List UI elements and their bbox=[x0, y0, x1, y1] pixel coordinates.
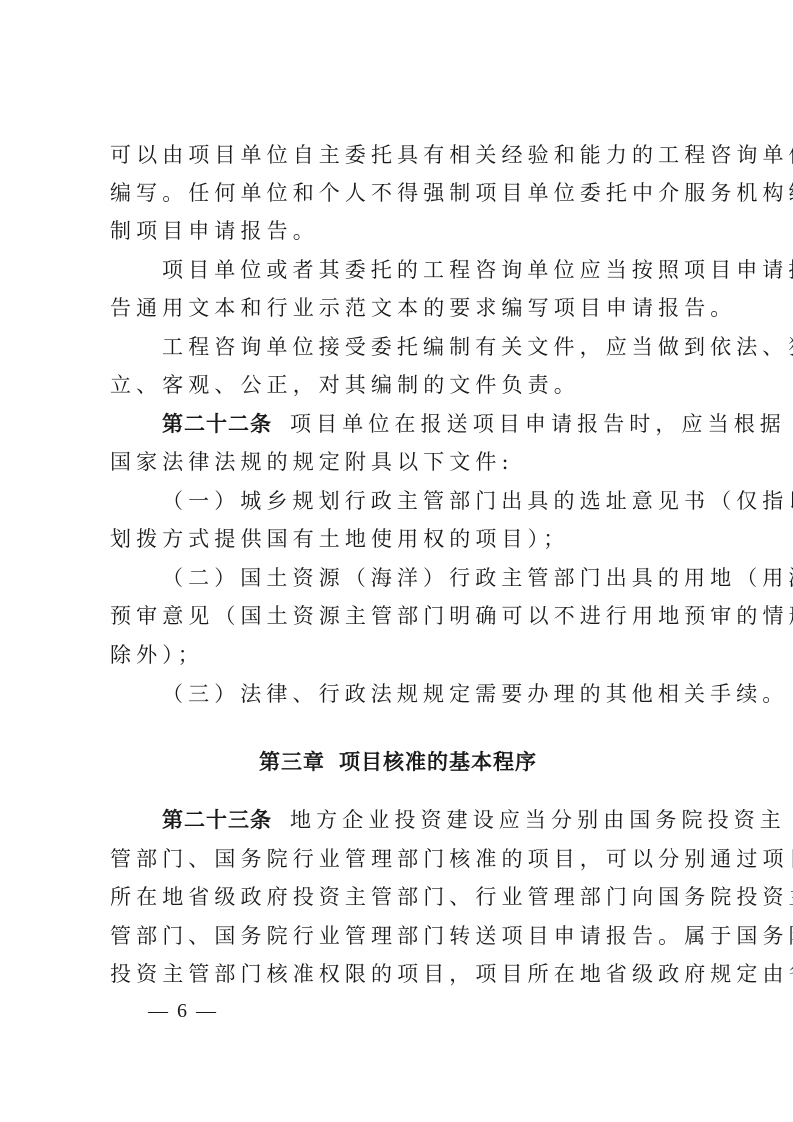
paragraph-line: 预审意见（国土资源主管部门明确可以不进行用地预审的情形 bbox=[110, 602, 793, 630]
article-22-heading: 第二十二条 bbox=[162, 412, 272, 436]
paragraph-line: 划拨方式提供国有土地使用权的项目）； bbox=[110, 525, 569, 553]
list-item-3: （三）法律、行政法规规定需要办理的其他相关手续。 bbox=[162, 680, 788, 708]
page-number: — 6 — bbox=[148, 1000, 218, 1023]
paragraph-line: 投资主管部门核准权限的项目，项目所在地省级政府规定由省 bbox=[110, 960, 793, 988]
paragraph-line: 除外）； bbox=[110, 641, 204, 669]
article-23-text: 地方企业投资建设应当分别由国务院投资主 bbox=[290, 808, 786, 832]
chapter-number: 第三章 bbox=[259, 750, 325, 774]
paragraph-line: 管部门、国务院行业管理部门转送项目申请报告。属于国务院 bbox=[110, 922, 793, 950]
paragraph-line: 项目单位或者其委托的工程咨询单位应当按照项目申请报 bbox=[162, 256, 793, 284]
paragraph-line: 管部门、国务院行业管理部门核准的项目，可以分别通过项目 bbox=[110, 845, 793, 873]
paragraph-line: 制项目申请报告。 bbox=[110, 217, 319, 245]
paragraph-line: 立、客观、公正，对其编制的文件负责。 bbox=[110, 371, 580, 399]
article-22-text: 项目单位在报送项目申请报告时，应当根据 bbox=[290, 412, 786, 436]
paragraph-line: 工程咨询单位接受委托编制有关文件，应当做到依法、独 bbox=[162, 333, 793, 361]
paragraph-line: 可以由项目单位自主委托具有相关经验和能力的工程咨询单位 bbox=[110, 141, 793, 169]
paragraph-line: 所在地省级政府投资主管部门、行业管理部门向国务院投资主 bbox=[110, 883, 793, 911]
paragraph-line: 编写。任何单位和个人不得强制项目单位委托中介服务机构编 bbox=[110, 179, 793, 207]
article-23-heading: 第二十三条 bbox=[162, 808, 272, 832]
paragraph-line: 国家法律法规的规定附具以下文件: bbox=[110, 448, 514, 476]
chapter-title: 项目核准的基本程序 bbox=[339, 750, 537, 774]
article-23-first-line: 第二十三条地方企业投资建设应当分别由国务院投资主 bbox=[162, 806, 786, 834]
list-item-1: （一）城乡规划行政主管部门出具的选址意见书（仅指以 bbox=[162, 487, 793, 515]
list-item-2: （二）国土资源（海洋）行政主管部门出具的用地（用海） bbox=[162, 564, 793, 592]
paragraph-line: 告通用文本和行业示范文本的要求编写项目申请报告。 bbox=[110, 294, 736, 322]
article-22-first-line: 第二十二条项目单位在报送项目申请报告时，应当根据 bbox=[162, 410, 786, 438]
chapter-heading: 第三章项目核准的基本程序 bbox=[110, 746, 686, 776]
